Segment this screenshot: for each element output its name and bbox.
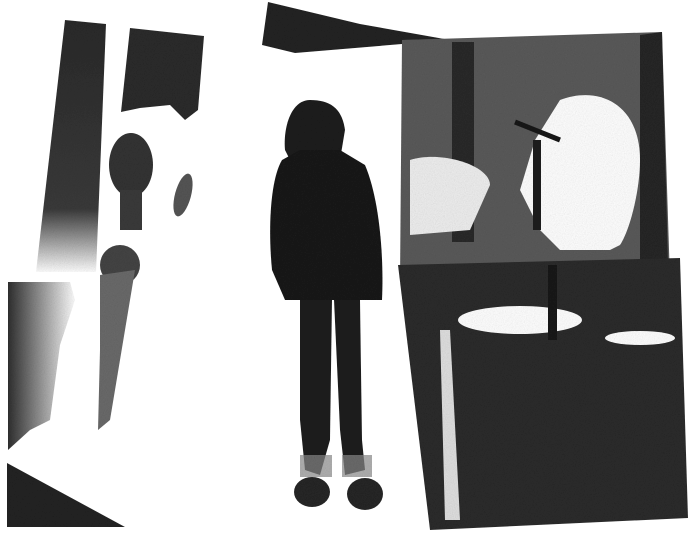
mic-pole [533,140,541,230]
figure-arm [98,270,135,430]
figure-head [109,133,153,197]
left-shoe [294,477,330,507]
window-top-dark [121,28,204,120]
left-leg [300,300,332,475]
figure-neck [120,190,142,230]
left-panel [7,20,204,527]
figure-hand [170,172,197,219]
left-sock [300,455,332,477]
collage [0,0,690,535]
right-leg [334,300,365,475]
drum-stick [548,265,557,340]
hooded-figure [270,100,383,510]
right-shoe [347,478,383,510]
drum-panel [398,258,688,530]
back-wall-right [640,32,668,268]
drum-rim-right [605,331,675,345]
left-shadow [8,282,75,450]
right-panel [398,32,688,530]
torso [270,150,382,300]
right-sock [342,455,372,477]
window-frame-dark [36,20,106,272]
floor-wedge [7,463,125,527]
drum-rim [458,306,582,334]
